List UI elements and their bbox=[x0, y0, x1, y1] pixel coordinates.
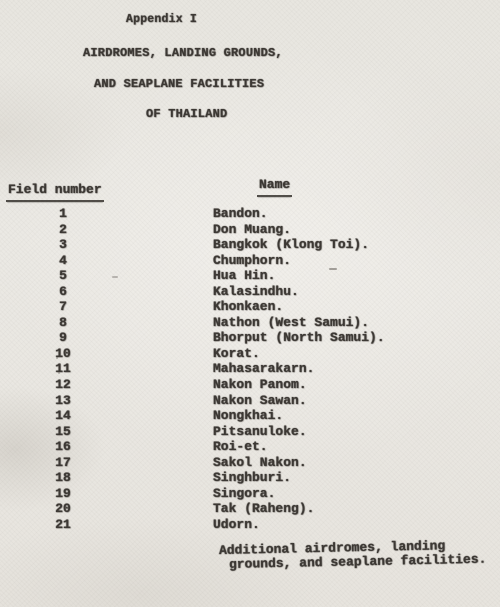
table-row: 4 Chumphorn. bbox=[0, 253, 500, 269]
appendix-title: Appendix I bbox=[126, 13, 197, 26]
field-name-cell: Bandon. bbox=[213, 206, 268, 221]
field-name-cell: Singora. bbox=[213, 486, 275, 501]
table-row: 8 Nathon (West Samui). bbox=[0, 315, 500, 331]
field-name-cell: Kalasindhu. bbox=[213, 284, 299, 299]
field-number-cell: 7 bbox=[43, 299, 83, 314]
field-table-rows: 1 Bandon. 2 Don Muang. 3 Bangkok (Klong … bbox=[0, 206, 500, 532]
field-number-cell: 19 bbox=[43, 486, 83, 501]
field-name-cell: Tak (Raheng). bbox=[213, 501, 314, 516]
table-row: 7 Khonkaen. bbox=[0, 299, 500, 315]
field-number-cell: 14 bbox=[43, 408, 83, 423]
field-name-cell: Pitsanuloke. bbox=[213, 424, 307, 439]
field-number-cell: 5 bbox=[43, 268, 83, 283]
document-title-line-2: AND SEAPLANE FACILITIES bbox=[94, 77, 264, 91]
field-number-cell: 16 bbox=[43, 439, 83, 454]
field-name-cell: Nongkhai. bbox=[213, 408, 283, 423]
field-number-cell: 8 bbox=[43, 315, 83, 330]
name-column-header: Name bbox=[257, 177, 292, 197]
field-number-cell: 10 bbox=[43, 346, 83, 361]
field-name-cell: Nakon Panom. bbox=[213, 377, 307, 392]
field-name-cell: Bhorput (North Samui). bbox=[213, 330, 385, 345]
field-number-column-header: Field number bbox=[6, 182, 104, 202]
table-row: 19 Singora. bbox=[0, 486, 500, 502]
table-row: 17 Sakol Nakon. bbox=[0, 455, 500, 471]
field-number-cell: 15 bbox=[43, 424, 83, 439]
table-row: 6 Kalasindhu. bbox=[0, 284, 500, 300]
field-number-cell: 4 bbox=[43, 253, 83, 268]
table-row: 1 Bandon. bbox=[0, 206, 500, 222]
field-number-cell: 9 bbox=[43, 330, 83, 345]
table-row: 15 Pitsanuloke. bbox=[0, 424, 500, 440]
table-row: 12 Nakon Panom. bbox=[0, 377, 500, 393]
field-number-cell: 6 bbox=[43, 284, 83, 299]
field-name-cell: Bangkok (Klong Toi). bbox=[213, 237, 369, 252]
scanned-document-page: Appendix I AIRDROMES, LANDING GROUNDS, A… bbox=[0, 0, 500, 607]
field-name-cell: Roi-et. bbox=[213, 439, 268, 454]
field-number-cell: 1 bbox=[43, 206, 83, 221]
table-row: 9 Bhorput (North Samui). bbox=[0, 330, 500, 346]
table-row: 21 Udorn. bbox=[0, 517, 500, 533]
field-name-cell: Mahasarakarn. bbox=[213, 361, 314, 376]
field-name-cell: Nathon (West Samui). bbox=[213, 315, 369, 330]
field-number-cell: 20 bbox=[43, 501, 83, 516]
field-name-cell: Nakon Sawan. bbox=[213, 393, 307, 408]
table-row: 14 Nongkhai. bbox=[0, 408, 500, 424]
field-name-cell: Korat. bbox=[213, 346, 260, 361]
table-row: 13 Nakon Sawan. bbox=[0, 393, 500, 409]
table-row: 20 Tak (Raheng). bbox=[0, 501, 500, 517]
field-name-cell: Chumphorn. bbox=[213, 253, 291, 268]
field-name-cell: Khonkaen. bbox=[213, 299, 283, 314]
field-number-cell: 12 bbox=[43, 377, 83, 392]
table-row: 18 Singhburi. bbox=[0, 470, 500, 486]
field-name-cell: Udorn. bbox=[213, 517, 260, 532]
field-number-cell: 17 bbox=[43, 455, 83, 470]
table-row: 3 Bangkok (Klong Toi). bbox=[0, 237, 500, 253]
table-row: 2 Don Muang. bbox=[0, 222, 500, 238]
table-row: 5 Hua Hin. bbox=[0, 268, 500, 284]
field-name-cell: Don Muang. bbox=[213, 222, 291, 237]
field-number-cell: 3 bbox=[43, 237, 83, 252]
document-title-line-3: OF THAILAND bbox=[146, 107, 227, 121]
table-row: 11 Mahasarakarn. bbox=[0, 361, 500, 377]
field-number-cell: 21 bbox=[43, 517, 83, 532]
field-name-cell: Sakol Nakon. bbox=[213, 455, 307, 470]
field-number-cell: 11 bbox=[43, 361, 83, 376]
table-row: 10 Korat. bbox=[0, 346, 500, 362]
field-name-cell: Singhburi. bbox=[213, 470, 291, 485]
field-number-cell: 2 bbox=[43, 222, 83, 237]
field-number-cell: 13 bbox=[43, 393, 83, 408]
field-name-cell: Hua Hin. bbox=[213, 268, 275, 283]
field-number-cell: 18 bbox=[43, 470, 83, 485]
document-title-line-1: AIRDROMES, LANDING GROUNDS, bbox=[83, 46, 283, 60]
table-row: 16 Roi-et. bbox=[0, 439, 500, 455]
